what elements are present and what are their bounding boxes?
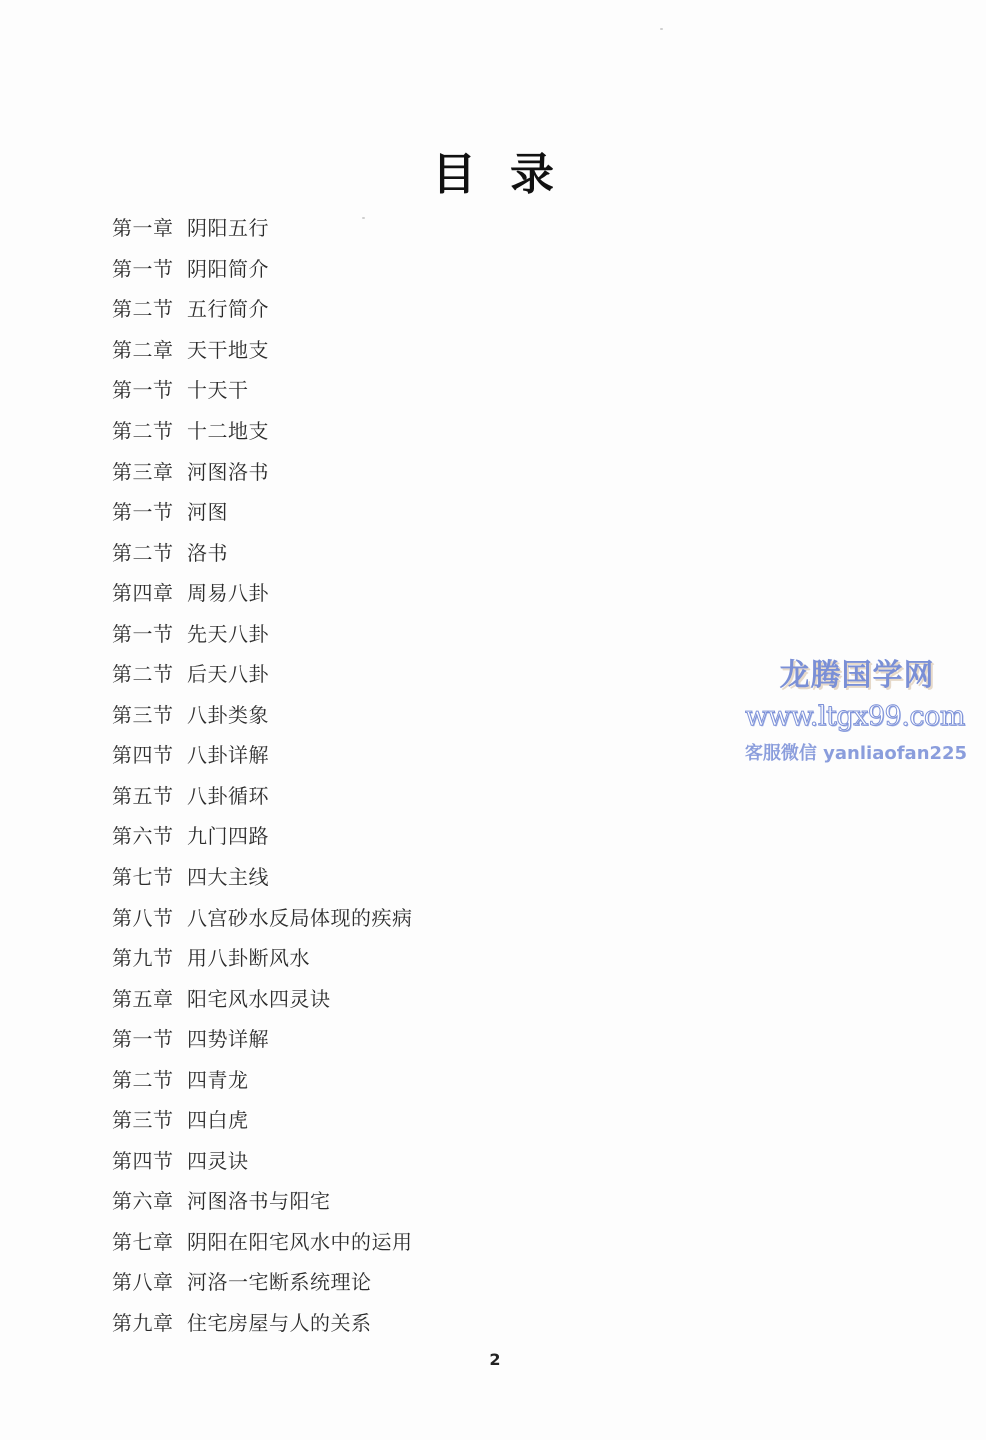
- toc-title: 四白虎: [187, 1100, 249, 1140]
- toc-title: 天干地支: [187, 330, 269, 370]
- toc-entry-chapter: 第一章阴阳五行: [112, 208, 413, 249]
- toc-number: 第二节: [112, 654, 187, 694]
- toc-title: 河图洛书: [187, 452, 269, 492]
- toc-entry-section: 第二节后天八卦: [112, 654, 413, 695]
- toc-title: 河图: [187, 492, 228, 532]
- toc-number: 第九节: [112, 938, 187, 978]
- toc-title: 八卦循环: [187, 776, 269, 816]
- toc-entry-section: 第四节四灵诀: [112, 1141, 413, 1182]
- toc-title: 周易八卦: [187, 573, 269, 613]
- toc-number: 第二节: [112, 289, 187, 329]
- toc-title: 阴阳五行: [187, 208, 269, 248]
- toc-title: 八卦详解: [187, 735, 269, 775]
- site-watermark: 龙腾国学网 www.ltgx99.com 客服微信 yanliaofan225: [732, 655, 982, 771]
- toc-entry-section: 第七节四大主线: [112, 857, 413, 898]
- toc-entry-section: 第八节八宫砂水反局体现的疾病: [112, 897, 413, 938]
- toc-number: 第二节: [112, 1060, 187, 1100]
- toc-entry-chapter: 第五章阳宅风水四灵诀: [112, 978, 413, 1019]
- toc-number: 第一节: [112, 492, 187, 532]
- toc-number: 第五章: [112, 979, 187, 1019]
- toc-entry-section: 第二节洛书: [112, 532, 413, 573]
- scan-speck: [660, 28, 663, 30]
- toc-number: 第二节: [112, 533, 187, 573]
- toc-entry-section: 第一节河图: [112, 492, 413, 533]
- toc-entry-section: 第二节四青龙: [112, 1059, 413, 1100]
- toc-number: 第二章: [112, 330, 187, 370]
- table-of-contents: 第一章阴阳五行 第一节阴阳简介 第二节五行简介 第二章天干地支 第一节十天干 第…: [112, 208, 413, 1343]
- toc-title: 四灵诀: [187, 1141, 249, 1181]
- toc-entry-chapter: 第二章天干地支: [112, 330, 413, 371]
- toc-number: 第二节: [112, 411, 187, 451]
- toc-number: 第八节: [112, 898, 187, 938]
- toc-entry-section: 第三节四白虎: [112, 1100, 413, 1141]
- toc-title: 河洛一宅断系统理论: [187, 1262, 372, 1302]
- toc-number: 第一节: [112, 370, 187, 410]
- toc-title: 阴阳简介: [187, 249, 269, 289]
- toc-number: 第八章: [112, 1262, 187, 1302]
- toc-entry-section: 第一节四势详解: [112, 1019, 413, 1060]
- toc-title: 八卦类象: [187, 695, 269, 735]
- toc-number: 第四章: [112, 573, 187, 613]
- toc-entry-section: 第三节八卦类象: [112, 695, 413, 736]
- toc-entry-chapter: 第七章阴阳在阳宅风水中的运用: [112, 1222, 413, 1263]
- toc-number: 第五节: [112, 776, 187, 816]
- toc-title: 先天八卦: [187, 614, 269, 654]
- toc-entry-chapter: 第八章河洛一宅断系统理论: [112, 1262, 413, 1303]
- toc-number: 第四节: [112, 1141, 187, 1181]
- toc-entry-chapter: 第四章周易八卦: [112, 573, 413, 614]
- toc-entry-section: 第五节八卦循环: [112, 776, 413, 817]
- toc-entry-section: 第四节八卦详解: [112, 735, 413, 776]
- toc-number: 第一节: [112, 614, 187, 654]
- toc-title: 五行简介: [187, 289, 269, 329]
- toc-entry-chapter: 第三章河图洛书: [112, 451, 413, 492]
- toc-entry-section: 第一节先天八卦: [112, 613, 413, 654]
- watermark-site-name: 龙腾国学网: [732, 655, 982, 697]
- toc-title: 十二地支: [187, 411, 269, 451]
- toc-title: 后天八卦: [187, 654, 269, 694]
- watermark-url: www.ltgx99.com: [728, 697, 982, 737]
- toc-entry-section: 第六节九门四路: [112, 816, 413, 857]
- toc-entry-chapter: 第九章住宅房屋与人的关系: [112, 1303, 413, 1344]
- toc-number: 第三章: [112, 452, 187, 492]
- toc-title: 住宅房屋与人的关系: [187, 1303, 372, 1343]
- toc-number: 第七节: [112, 857, 187, 897]
- toc-number: 第七章: [112, 1222, 187, 1262]
- toc-entry-section: 第二节五行简介: [112, 289, 413, 330]
- toc-number: 第一节: [112, 249, 187, 289]
- toc-title: 四势详解: [187, 1019, 269, 1059]
- toc-number: 第六章: [112, 1181, 187, 1221]
- toc-title: 阳宅风水四灵诀: [187, 979, 331, 1019]
- toc-number: 第三节: [112, 1100, 187, 1140]
- toc-title: 四大主线: [187, 857, 269, 897]
- toc-title: 九门四路: [187, 816, 269, 856]
- toc-number: 第三节: [112, 695, 187, 735]
- document-page: 目录 第一章阴阳五行 第一节阴阳简介 第二节五行简介 第二章天干地支 第一节十天…: [0, 0, 986, 1440]
- toc-number: 第九章: [112, 1303, 187, 1343]
- toc-entry-section: 第二节十二地支: [112, 411, 413, 452]
- toc-entry-section: 第一节阴阳简介: [112, 249, 413, 290]
- page-title: 目录: [0, 145, 986, 205]
- toc-title: 阴阳在阳宅风水中的运用: [187, 1222, 413, 1262]
- toc-title: 十天干: [187, 370, 249, 410]
- toc-number: 第六节: [112, 816, 187, 856]
- toc-title: 八宫砂水反局体现的疾病: [187, 898, 413, 938]
- toc-entry-section: 第一节十天干: [112, 370, 413, 411]
- toc-title: 河图洛书与阳宅: [187, 1181, 331, 1221]
- toc-entry-chapter: 第六章河图洛书与阳宅: [112, 1181, 413, 1222]
- toc-number: 第一章: [112, 208, 187, 248]
- toc-title: 洛书: [187, 533, 228, 573]
- page-number: 2: [0, 1350, 986, 1369]
- toc-entry-section: 第九节用八卦断风水: [112, 938, 413, 979]
- toc-title: 四青龙: [187, 1060, 249, 1100]
- toc-title: 用八卦断风水: [187, 938, 310, 978]
- toc-number: 第一节: [112, 1019, 187, 1059]
- toc-number: 第四节: [112, 735, 187, 775]
- watermark-contact: 客服微信 yanliaofan225: [730, 737, 982, 771]
